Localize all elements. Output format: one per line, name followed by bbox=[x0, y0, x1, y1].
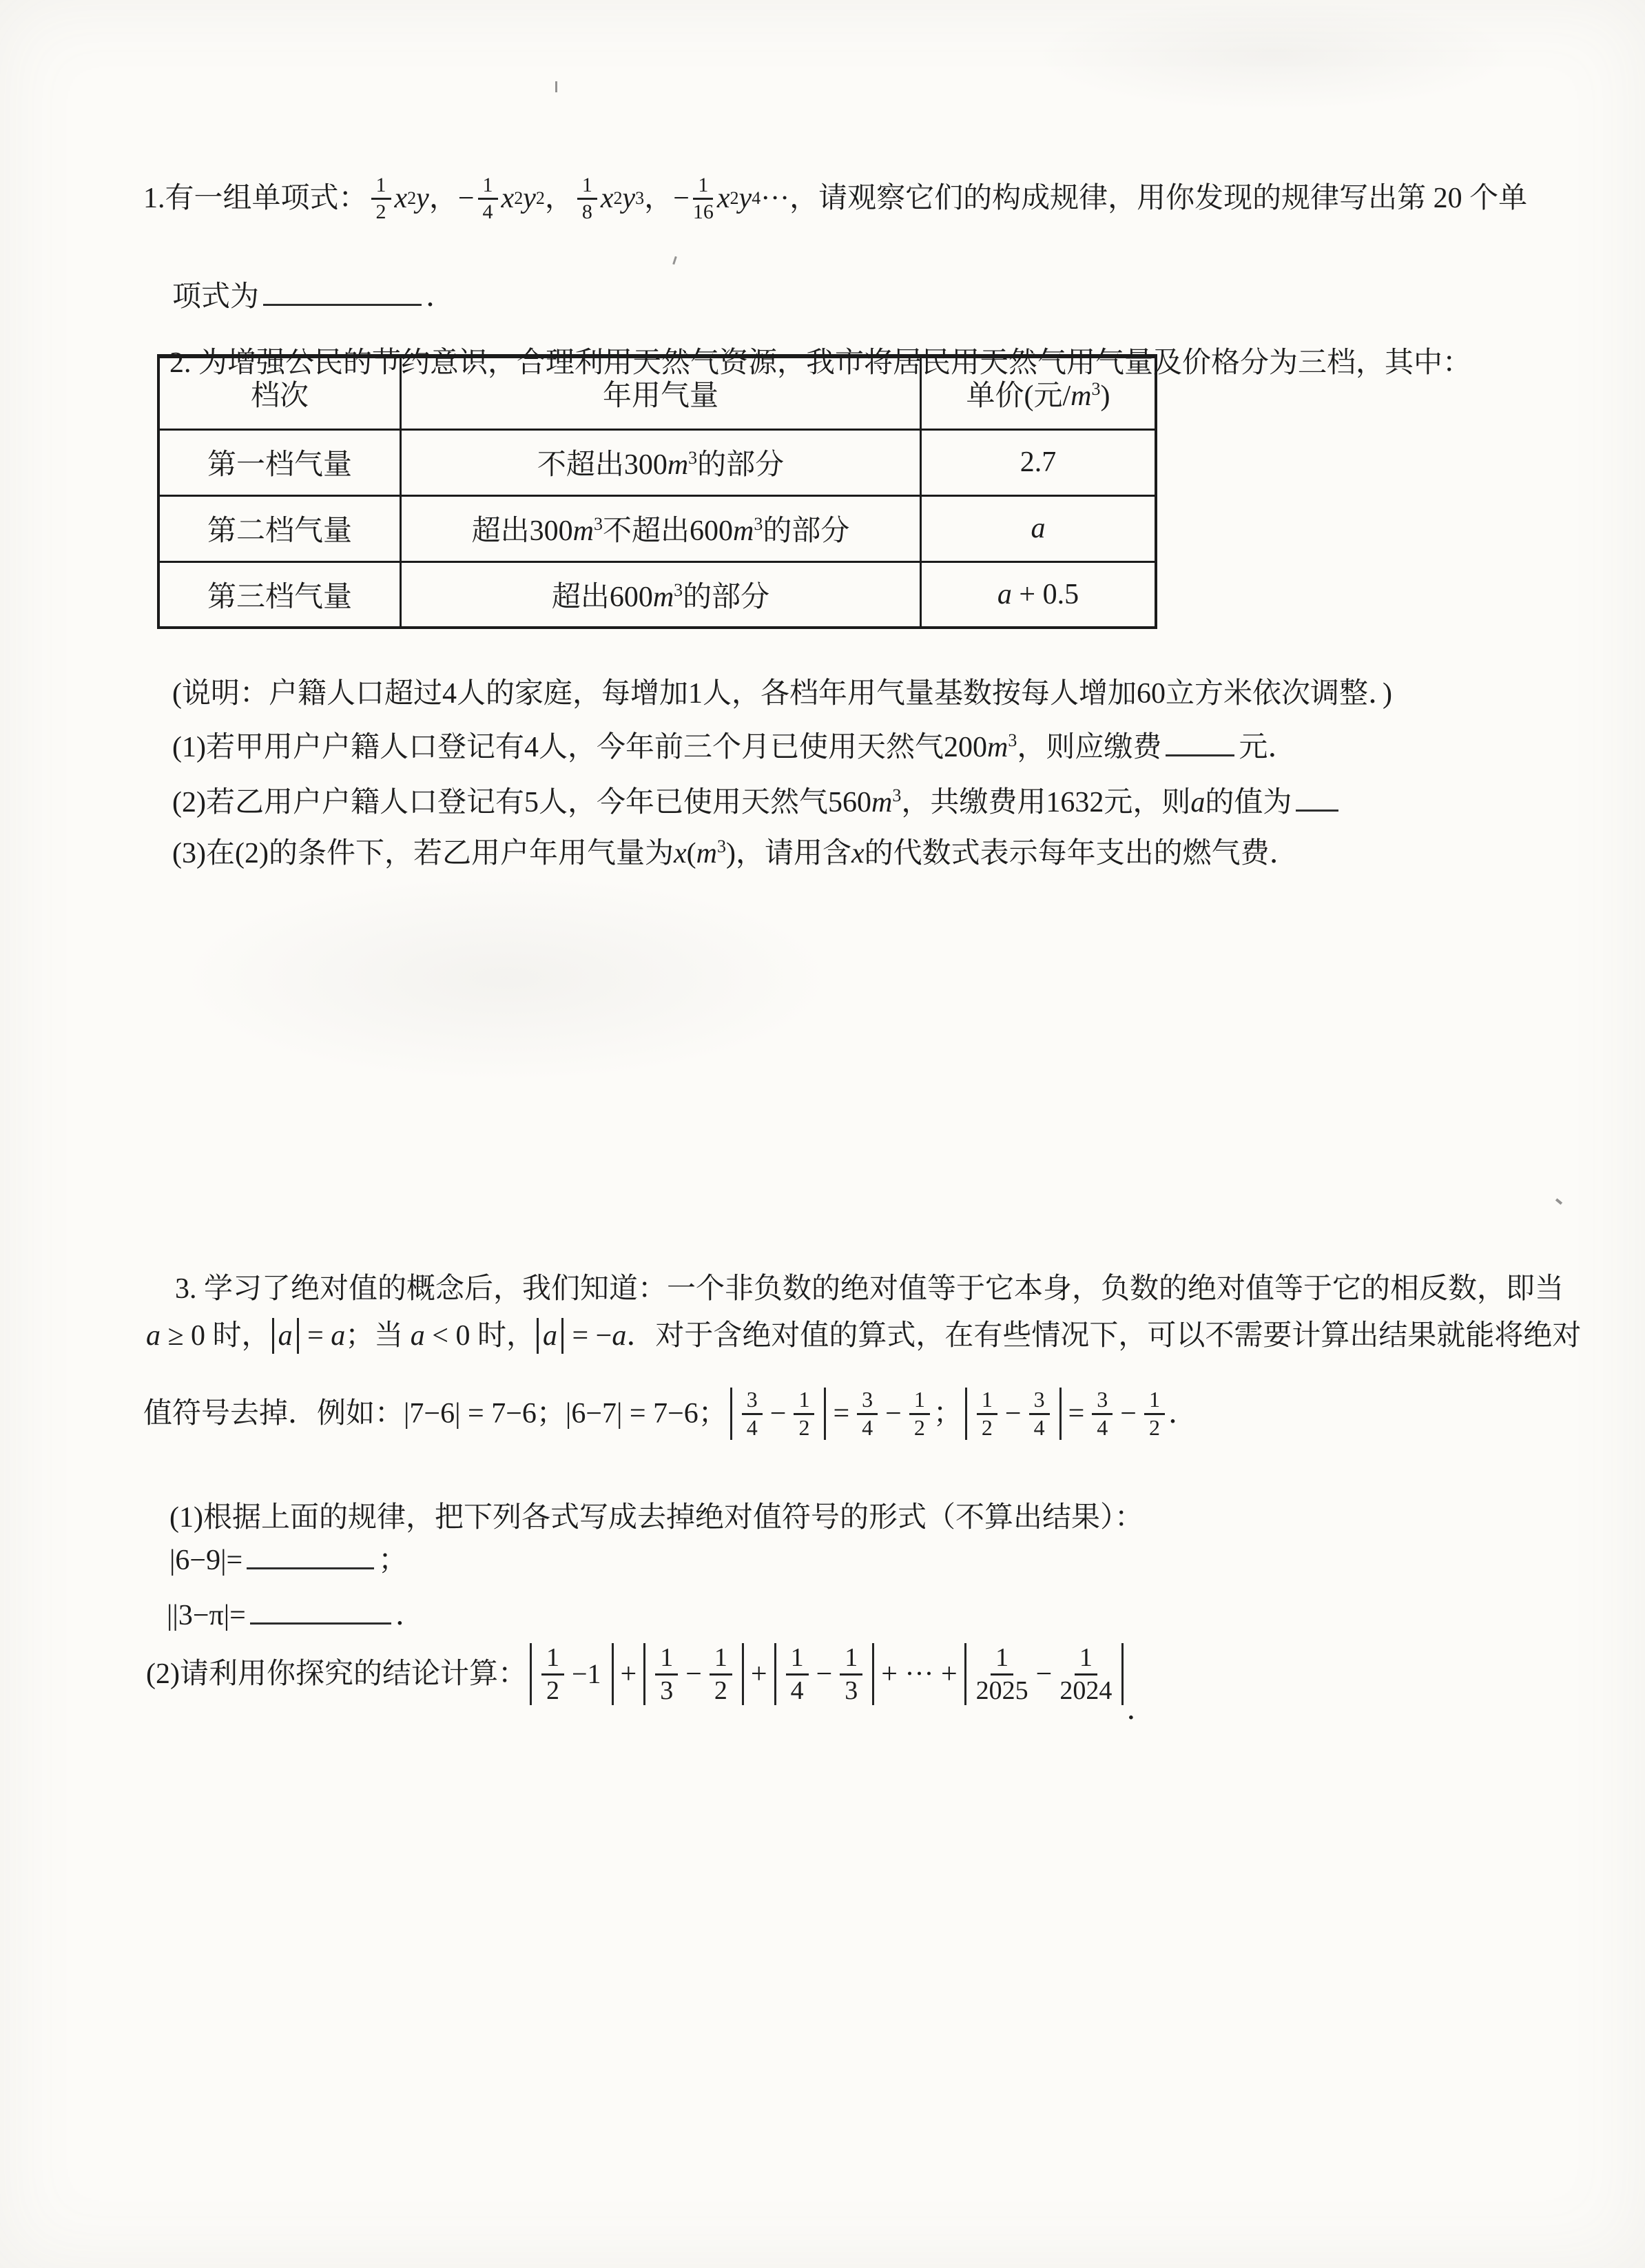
gas-pricing-table: 档次 年用气量 单价(元/m3) 第一档气量 不超出300m3的部分 2.7 第… bbox=[157, 354, 1157, 629]
answer-blank bbox=[263, 280, 422, 306]
variable: x bbox=[601, 181, 614, 217]
absolute-value: 12025−12024 bbox=[964, 1638, 1124, 1711]
cell-usage3: 超出600m3的部分 bbox=[401, 561, 921, 628]
cell-text: 不超出300 bbox=[537, 449, 668, 481]
text-run: 1.有一组单项式： bbox=[143, 181, 368, 217]
header-label: 档次 bbox=[251, 380, 309, 412]
problem3-line2: a ≥ 0 时，a = a；当 a < 0 时，a = −a．对于含绝对值的算式… bbox=[146, 1313, 1581, 1359]
answer-blank bbox=[1296, 786, 1338, 812]
text-run: < 0 时， bbox=[425, 1318, 535, 1354]
fraction: 12 bbox=[541, 1643, 564, 1705]
header-label: 单价(元/ bbox=[966, 380, 1071, 412]
math-run: |7−6| = 7−6； bbox=[404, 1396, 566, 1432]
fraction: 18 bbox=[577, 174, 597, 223]
variable: a bbox=[543, 1318, 557, 1354]
variable: y bbox=[416, 181, 429, 217]
scanned-worksheet-page: 1.有一组单项式： 12x2y， −14x2y2， 18x2y3， −116x2… bbox=[0, 0, 1645, 2268]
denominator: 2 bbox=[914, 1415, 925, 1441]
denominator: 4 bbox=[483, 200, 493, 224]
numerator: 1 bbox=[577, 174, 597, 200]
cell-text: 超出300 bbox=[472, 515, 573, 547]
text-run: ． bbox=[1168, 1396, 1197, 1432]
exponent: 3 bbox=[1092, 379, 1101, 399]
text-run: 3. 学习了绝对值的概念后，我们知道：一个非负数的绝对值等于它本身，负数的绝对值… bbox=[175, 1273, 1564, 1305]
fraction: 12024 bbox=[1059, 1643, 1112, 1705]
fraction: 34 bbox=[857, 1388, 878, 1441]
text-run: ． bbox=[1126, 1692, 1155, 1729]
numerator: 1 bbox=[840, 1643, 862, 1676]
fraction: 12 bbox=[710, 1643, 732, 1705]
text-run: ，请用含 bbox=[736, 838, 851, 869]
scan-artifact bbox=[672, 256, 677, 265]
cell-text: 不超出600 bbox=[603, 515, 733, 547]
ellipsis: ··· bbox=[761, 181, 789, 217]
numerator: 1 bbox=[786, 1643, 809, 1676]
unit-m: m bbox=[573, 515, 594, 547]
exponent: 3 bbox=[1008, 730, 1017, 750]
header-label: ) bbox=[1101, 380, 1110, 412]
exponent: 3 bbox=[594, 514, 603, 534]
fraction: 12 bbox=[371, 174, 391, 223]
variable: x bbox=[395, 181, 408, 217]
denominator: 3 bbox=[845, 1676, 858, 1706]
numerator: 3 bbox=[1092, 1388, 1113, 1415]
variable: x bbox=[851, 838, 865, 869]
numerator: 1 bbox=[371, 174, 391, 200]
absolute-value: 13−12 bbox=[643, 1638, 744, 1711]
exponent: 3 bbox=[717, 836, 726, 856]
text-run: 请观察它们的构成规律，用你发现的规律写出第 20 个单 bbox=[818, 181, 1527, 217]
fraction: 13 bbox=[840, 1643, 862, 1705]
variable: a bbox=[411, 1318, 425, 1354]
cell-price1: 2.7 bbox=[921, 429, 1157, 495]
denominator: 2 bbox=[714, 1676, 727, 1706]
text-run: ．对于含绝对值的算式，在有些情况下，可以不需要计算出结果就能将绝对 bbox=[626, 1318, 1581, 1354]
absolute-value: 34−12 bbox=[730, 1382, 827, 1446]
problem3-line3: 值符号去掉．例如： |7−6| = 7−6； |6−7| = 7−6； 34−1… bbox=[143, 1378, 1197, 1450]
denominator: 3 bbox=[660, 1676, 673, 1706]
header-cell-price: 单价(元/m3) bbox=[921, 356, 1157, 429]
cell-tier2: 第二档气量 bbox=[158, 495, 401, 561]
text-run: ， bbox=[545, 181, 574, 217]
unit-m: m bbox=[668, 449, 688, 481]
text-run: ． bbox=[426, 281, 455, 313]
text-run: = bbox=[300, 1318, 331, 1354]
numerator: 3 bbox=[742, 1388, 763, 1415]
problem1-line1: 1.有一组单项式： 12x2y， −14x2y2， 18x2y3， −116x2… bbox=[143, 165, 1527, 231]
denominator: 8 bbox=[582, 200, 592, 224]
denominator: 2 bbox=[798, 1415, 809, 1441]
cell-text: 2.7 bbox=[1020, 446, 1057, 478]
cell-text: a bbox=[997, 579, 1012, 610]
unit-m: m bbox=[1070, 380, 1091, 412]
absolute-value: a bbox=[537, 1311, 563, 1361]
fraction: 13 bbox=[655, 1643, 678, 1705]
denominator: 2 bbox=[982, 1415, 993, 1441]
minus-sign: − bbox=[812, 1656, 837, 1693]
fraction: 12025 bbox=[976, 1643, 1028, 1705]
numerator: 1 bbox=[655, 1643, 678, 1676]
numerator: 1 bbox=[693, 174, 713, 200]
text-run: ( bbox=[687, 838, 696, 869]
fraction: 12 bbox=[909, 1388, 930, 1441]
text-run: 的代数式表示每年支出的燃气费． bbox=[865, 838, 1299, 869]
minus-sign: − bbox=[681, 1656, 706, 1693]
denominator: 2 bbox=[1149, 1415, 1160, 1441]
minus-sign: − bbox=[1001, 1396, 1026, 1432]
denominator: 16 bbox=[693, 200, 714, 224]
scan-artifact bbox=[555, 81, 557, 92]
fraction: 14 bbox=[786, 1643, 809, 1705]
ellipsis-plus: + ··· + bbox=[877, 1656, 961, 1693]
table-row: 第一档气量 不超出300m3的部分 2.7 bbox=[158, 429, 1156, 495]
variable: a bbox=[278, 1318, 293, 1354]
numerator: 1 bbox=[1075, 1643, 1097, 1676]
text-run: ≥ 0 时， bbox=[161, 1318, 271, 1354]
text-run: ， bbox=[644, 181, 673, 217]
numerator: 3 bbox=[1029, 1388, 1050, 1415]
unit-m: m bbox=[733, 515, 754, 547]
variable: x bbox=[674, 838, 687, 869]
denominator: 4 bbox=[1097, 1415, 1108, 1441]
fraction: 12 bbox=[977, 1388, 997, 1441]
cell-tier3: 第三档气量 bbox=[158, 561, 401, 628]
variable: x bbox=[717, 181, 730, 217]
minus-sign: − bbox=[1032, 1656, 1057, 1693]
fraction: 116 bbox=[693, 174, 714, 223]
exponent: 3 bbox=[674, 580, 683, 600]
variable: y bbox=[739, 181, 752, 217]
variable: a bbox=[146, 1318, 161, 1354]
plus-sign: + bbox=[617, 1656, 641, 1693]
text-run: 值符号去掉．例如： bbox=[143, 1396, 404, 1432]
absolute-value: 12−1 bbox=[530, 1638, 614, 1711]
scan-artifact bbox=[1555, 1198, 1562, 1204]
denominator: 2025 bbox=[976, 1676, 1028, 1706]
numerator: 1 bbox=[909, 1388, 930, 1415]
denominator: 2024 bbox=[1059, 1676, 1112, 1706]
minus-sign: − bbox=[766, 1396, 791, 1432]
numerator: 1 bbox=[710, 1643, 732, 1676]
text-run: (2)请利用你探究的结论计算： bbox=[146, 1656, 527, 1693]
numerator: 1 bbox=[991, 1643, 1013, 1676]
fraction: 34 bbox=[742, 1388, 763, 1441]
cell-usage2: 超出300m3不超出600m3的部分 bbox=[401, 495, 921, 561]
problem2-q3: (3)在(2)的条件下，若乙用户年用气量为x(m3)，请用含x的代数式表示每年支… bbox=[143, 799, 1299, 908]
table-row: 第三档气量 超出600m3的部分 a + 0.5 bbox=[158, 561, 1156, 628]
denominator: 4 bbox=[747, 1415, 758, 1441]
table-header-row: 档次 年用气量 单价(元/m3) bbox=[158, 356, 1156, 429]
cell-text: 的部分 bbox=[763, 515, 849, 547]
variable: y bbox=[523, 181, 536, 217]
minus-sign: − bbox=[1116, 1396, 1141, 1432]
header-cell-tier: 档次 bbox=[158, 356, 401, 429]
plus-sign: + bbox=[747, 1656, 772, 1693]
cell-text: 的部分 bbox=[683, 581, 769, 613]
cell-text: 第三档气量 bbox=[207, 581, 352, 613]
equals-sign: = bbox=[829, 1396, 853, 1432]
fraction: 14 bbox=[478, 174, 498, 223]
numerator: 1 bbox=[794, 1388, 814, 1415]
numerator: 1 bbox=[541, 1643, 564, 1676]
fraction: 12 bbox=[794, 1388, 814, 1441]
table-row: 第二档气量 超出300m3不超出600m3的部分 a bbox=[158, 495, 1156, 561]
variable: a bbox=[331, 1318, 345, 1354]
variable: y bbox=[623, 181, 636, 217]
scan-smudge bbox=[1033, 0, 1515, 110]
absolute-value: 14−13 bbox=[774, 1638, 875, 1711]
text-run: (3)在(2)的条件下，若乙用户年用气量为 bbox=[172, 838, 674, 869]
denominator: 2 bbox=[546, 1676, 559, 1706]
denominator: 4 bbox=[791, 1676, 804, 1706]
denominator: 2 bbox=[376, 200, 386, 224]
text-run: ， bbox=[789, 181, 818, 217]
exponent: 3 bbox=[754, 514, 763, 534]
denominator: 4 bbox=[862, 1415, 873, 1441]
cell-text: 第一档气量 bbox=[207, 449, 352, 481]
fraction: 12 bbox=[1144, 1388, 1165, 1441]
unit-m: m bbox=[696, 838, 717, 869]
cell-price2: a bbox=[921, 495, 1157, 561]
math-operator: −1 bbox=[568, 1657, 606, 1691]
text-run: ；当 bbox=[345, 1318, 411, 1354]
math-run: |6−7| = 7−6； bbox=[566, 1396, 727, 1432]
cell-text: 的部分 bbox=[697, 449, 784, 481]
text-run: ) bbox=[726, 838, 736, 869]
unit-m: m bbox=[653, 581, 674, 613]
cell-usage1: 不超出300m3的部分 bbox=[401, 429, 921, 495]
numerator: 3 bbox=[857, 1388, 878, 1415]
cell-tier1: 第一档气量 bbox=[158, 429, 401, 495]
problem3-q2: (2)请利用你探究的结论计算： 12−1 + 13−12 + 14−13 + ·… bbox=[146, 1620, 1155, 1728]
fraction: 34 bbox=[1092, 1388, 1113, 1441]
minus-sign: − bbox=[881, 1396, 906, 1432]
cell-text: + 0.5 bbox=[1012, 579, 1079, 610]
variable: a bbox=[612, 1318, 626, 1354]
cell-text: 超出600 bbox=[552, 581, 653, 613]
numerator: 1 bbox=[478, 174, 498, 200]
absolute-value: a bbox=[272, 1311, 299, 1361]
text-run: ； bbox=[933, 1396, 962, 1432]
variable: x bbox=[501, 181, 515, 217]
absolute-value: 12−34 bbox=[965, 1382, 1062, 1446]
text-run: ， bbox=[429, 181, 458, 217]
header-cell-usage: 年用气量 bbox=[401, 356, 921, 429]
cell-text: 第二档气量 bbox=[207, 515, 352, 547]
exponent: 3 bbox=[688, 448, 697, 468]
denominator: 4 bbox=[1034, 1415, 1045, 1441]
header-label: 年用气量 bbox=[603, 380, 718, 412]
text-run: 项式为 bbox=[172, 281, 259, 313]
cell-price3: a + 0.5 bbox=[921, 561, 1157, 628]
equals-sign: = bbox=[1064, 1396, 1089, 1432]
numerator: 1 bbox=[977, 1388, 997, 1415]
minus-sign: − bbox=[673, 181, 690, 217]
fraction: 34 bbox=[1029, 1388, 1050, 1441]
minus-sign: − bbox=[458, 181, 475, 217]
numerator: 1 bbox=[1144, 1388, 1165, 1415]
cell-text: a bbox=[1031, 513, 1046, 544]
text-run: = − bbox=[565, 1318, 612, 1354]
